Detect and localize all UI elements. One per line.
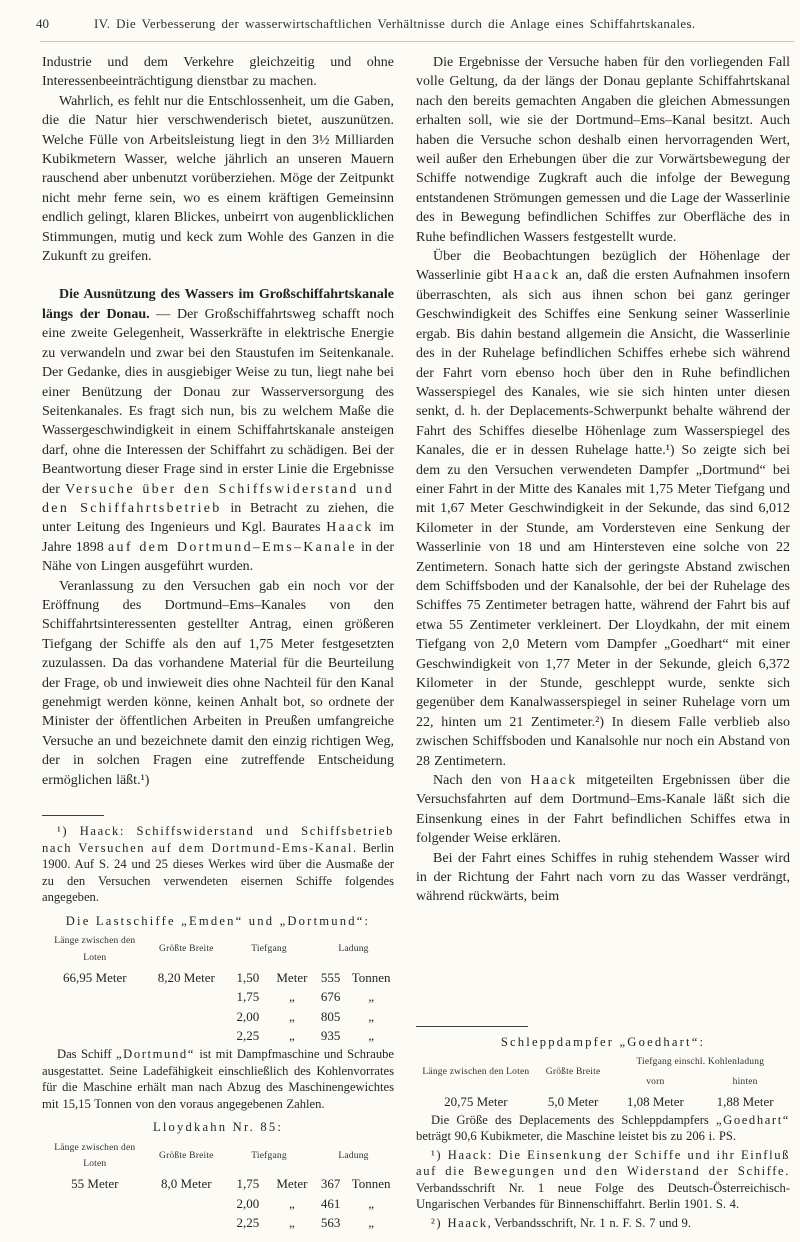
table-cell: 563 (313, 1214, 348, 1234)
text-segment: Nach den von (433, 773, 530, 788)
table-cell: 2,25 (225, 1214, 271, 1234)
ditto-mark: „ (271, 1007, 313, 1027)
paragraph: Wahrlich, es fehlt nur die Entschlossenh… (42, 92, 394, 267)
footnote-text: , Verbandsschrift, Nr. 1 n. F. S. 7 und … (488, 1216, 691, 1230)
table-subheader-cell: hinten (700, 1073, 790, 1093)
footnote: Das Schiff „Dortmund“ ist mit Dampfmasch… (42, 1046, 394, 1112)
table-cell: 1,50 (225, 968, 271, 988)
table-lastschiffe: Länge zwischen den Loten Größte Breite T… (42, 932, 394, 1046)
emphasized-segment: Haack (513, 268, 560, 283)
table-title-lastschiffe: Die Lastschiffe „Emden“ und „Dortmund“: (42, 913, 394, 930)
paragraph-continuation: Industrie und dem Verkehre gleichzeitig … (42, 53, 394, 92)
table-cell: 367 (313, 1175, 348, 1195)
footnote-citation: ¹) Haack: Schiffswiderstand und Schiffsb… (42, 824, 394, 855)
page-header: 40 IV. Die Verbesserung der wasserwirtsc… (0, 0, 800, 32)
table-title-lloydkahn: Lloydkahn Nr. 85: (42, 1119, 394, 1136)
ditto-mark: „ (271, 1194, 313, 1214)
table-cell: 935 (313, 1027, 348, 1047)
footnote-separator (416, 1026, 528, 1027)
table-header-cell: Ladung (313, 932, 394, 968)
table-header-row: Länge zwischen den Loten Größte Breite T… (42, 932, 394, 968)
footnote: ¹) Haack: Schiffswiderstand und Schiffsb… (42, 823, 394, 906)
table-cell: 8,20 Meter (148, 968, 225, 988)
table-header-cell: Tiefgang (225, 1139, 313, 1175)
emphasized-segment: auf dem Dortmund–Ems–Kanale (108, 540, 357, 555)
emphasized-segment: Haack (530, 773, 577, 788)
table-cell: Tonnen (348, 1175, 394, 1195)
table-header-cell: Länge zwischen den Loten (42, 1139, 148, 1175)
paragraph: Nach den von Haack mitgeteilten Ergebnis… (416, 771, 790, 849)
table-cell: Meter (271, 968, 313, 988)
table-cell: 55 Meter (42, 1175, 148, 1195)
running-head: IV. Die Verbesserung der wasserwirtschaf… (94, 16, 696, 32)
ditto-mark: „ (271, 988, 313, 1008)
emphasized-segment: Haack (326, 520, 373, 535)
table-cell: 461 (313, 1194, 348, 1214)
ditto-mark: „ (348, 1194, 394, 1214)
table-cell: 20,75 Meter (416, 1092, 536, 1112)
table-cell: 1,88 Meter (700, 1092, 790, 1112)
table-row: 2,25 „ 935 „ (42, 1027, 394, 1047)
table-header-cell: Länge zwischen den Loten (416, 1053, 536, 1092)
table-header-row: Länge zwischen den Loten Größte Breite T… (416, 1053, 790, 1073)
text-columns: Industrie und dem Verkehre gleichzeitig … (0, 42, 800, 1233)
footnote-text: Das Schiff (57, 1047, 116, 1061)
footnote-text: Verbandsschrift Nr. 1 neue Folge des Deu… (416, 1181, 790, 1212)
left-footnote-block: ¹) Haack: Schiffswiderstand und Schiffsb… (42, 805, 394, 1233)
table-goedhart: Länge zwischen den Loten Größte Breite T… (416, 1053, 790, 1112)
ditto-mark: „ (348, 1007, 394, 1027)
table-row: 2,00 „ 805 „ (42, 1007, 394, 1027)
table-subheader-cell: vorn (610, 1073, 700, 1093)
table-header-cell: Tiefgang (225, 932, 313, 968)
table-cell: 676 (313, 988, 348, 1008)
table-title-goedhart: Schleppdampfer „Goedhart“: (416, 1034, 790, 1051)
text-segment: — Der Großschiffahrtsweg schafft noch ei… (42, 307, 394, 497)
table-row: 66,95 Meter 8,20 Meter 1,50 Meter 555 To… (42, 968, 394, 988)
table-row: 2,25 „ 563 „ (42, 1214, 394, 1234)
paragraph: Bei der Fahrt eines Schiffes in ruhig st… (416, 849, 790, 907)
footnote-text: beträgt 90,6 Kubikmeter, die Maschine le… (416, 1129, 736, 1143)
table-row: 55 Meter 8,0 Meter 1,75 Meter 367 Tonnen (42, 1175, 394, 1195)
table-cell: 555 (313, 968, 348, 988)
paragraph: Die Ergebnisse der Versuche haben für de… (416, 53, 790, 247)
footnote-separator (42, 815, 104, 816)
table-cell: 805 (313, 1007, 348, 1027)
table-cell: 2,00 (225, 1194, 271, 1214)
ditto-mark: „ (348, 988, 394, 1008)
table-cell: 1,75 (225, 1175, 271, 1195)
book-page: 40 IV. Die Verbesserung der wasserwirtsc… (0, 0, 800, 1242)
table-lloydkahn: Länge zwischen den Loten Größte Breite T… (42, 1139, 394, 1234)
table-header-cell: Größte Breite (536, 1053, 611, 1092)
table-cell: 2,25 (225, 1027, 271, 1047)
ditto-mark: „ (348, 1214, 394, 1234)
table-header-cell: Größte Breite (148, 932, 225, 968)
table-header-cell: Tiefgang einschl. Kohlenladung (610, 1053, 790, 1073)
table-header-cell: Länge zwischen den Loten (42, 932, 148, 968)
footnote: ²) Haack, Verbandsschrift, Nr. 1 n. F. S… (416, 1215, 790, 1232)
left-column: Industrie und dem Verkehre gleichzeitig … (42, 53, 394, 1233)
footnote: Die Größe des Deplacements des Schleppda… (416, 1112, 790, 1145)
paragraph: Über die Beobachtungen bezüglich der Höh… (416, 247, 790, 771)
right-column: Die Ergebnisse der Versuche haben für de… (416, 53, 790, 1233)
ship-name: „Goedhart“ (716, 1113, 790, 1127)
text-segment: an, daß die ersten Aufnahmen insofern üb… (416, 268, 790, 768)
table-cell: 2,00 (225, 1007, 271, 1027)
table-header-cell: Ladung (313, 1139, 394, 1175)
right-footnote-block: Schleppdampfer „Goedhart“: Länge zwische… (416, 1016, 790, 1234)
table-header-cell: Größte Breite (148, 1139, 225, 1175)
table-cell: Meter (271, 1175, 313, 1195)
footnote: ¹) Haack: Die Einsenkung der Schiffe und… (416, 1147, 790, 1213)
table-row: 20,75 Meter 5,0 Meter 1,08 Meter 1,88 Me… (416, 1092, 790, 1112)
table-cell: 66,95 Meter (42, 968, 148, 988)
footnote-text: Die Größe des Deplacements des Schleppda… (431, 1113, 716, 1127)
footnote-citation: ²) Haack (431, 1216, 488, 1230)
table-cell: 1,08 Meter (610, 1092, 700, 1112)
section-paragraph: Die Ausnützung des Wassers im Großschiff… (42, 285, 394, 576)
ditto-mark: „ (348, 1027, 394, 1047)
ditto-mark: „ (271, 1214, 313, 1234)
table-row: 1,75 „ 676 „ (42, 988, 394, 1008)
page-number: 40 (36, 16, 94, 32)
table-cell: Tonnen (348, 968, 394, 988)
paragraph: Veranlassung zu den Versuchen gab ein no… (42, 577, 394, 790)
table-row: 2,00 „ 461 „ (42, 1194, 394, 1214)
ditto-mark: „ (271, 1027, 313, 1047)
table-header-row: Länge zwischen den Loten Größte Breite T… (42, 1139, 394, 1175)
table-cell: 1,75 (225, 988, 271, 1008)
ship-name: „Dortmund“ (116, 1047, 195, 1061)
table-cell: 5,0 Meter (536, 1092, 611, 1112)
footnote-citation: ¹) Haack: Die Einsenkung der Schiffe und… (416, 1148, 790, 1179)
table-cell: 8,0 Meter (148, 1175, 225, 1195)
